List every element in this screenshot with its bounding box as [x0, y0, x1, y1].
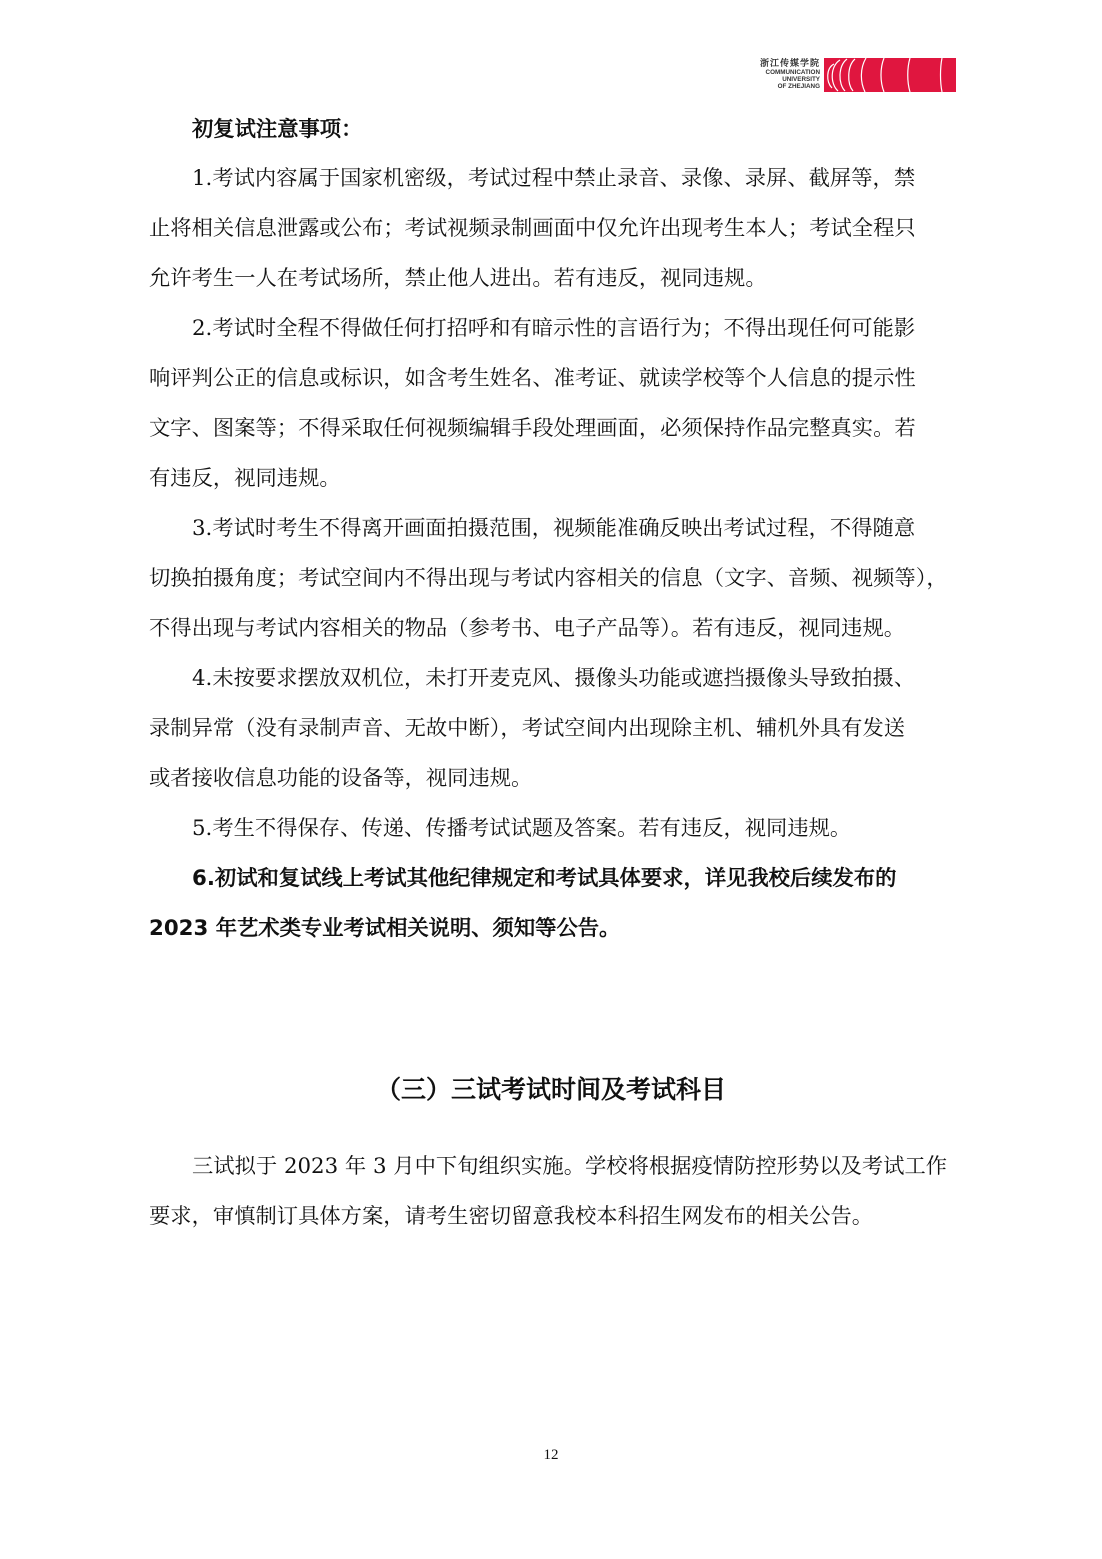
notes-title: 初复试注意事项：: [192, 105, 362, 155]
note-item-2: 2.考试时全程不得做任何打招呼和有暗示性的言语行为；不得出现任何可能影 响评判公…: [149, 304, 955, 504]
section-3-title: （三）三试考试时间及考试科目: [0, 1066, 1102, 1114]
university-logo: 浙江传媒学院 COMMUNICATION UNIVERSITY OF ZHEJI…: [752, 56, 957, 94]
note-line: 允许考生一人在考试场所，禁止他人进出。若有违反，视同违规。: [149, 254, 955, 304]
note-line: 响评判公正的信息或标识，如含考生姓名、准考证、就读学校等个人信息的提示性: [149, 354, 955, 404]
note-line: 不得出现与考试内容相关的物品（参考书、电子产品等）。若有违反，视同违规。: [149, 604, 955, 654]
note-item-6: 6.初试和复试线上考试其他纪律规定和考试具体要求，详见我校后续发布的 2023 …: [149, 854, 955, 954]
body-line: 要求，审慎制订具体方案，请考生密切留意我校本科招生网发布的相关公告。: [149, 1192, 955, 1242]
note-item-3: 3.考试时考生不得离开画面拍摄范围，视频能准确反映出考试过程，不得随意 切换拍摄…: [149, 504, 955, 654]
logo-name-en-3: OF ZHEJIANG: [752, 83, 820, 90]
page-number: 12: [0, 1447, 1102, 1464]
note-line: 文字、图案等；不得采取任何视频编辑手段处理画面，必须保持作品完整真实。若: [149, 404, 955, 454]
note-line: 录制异常（没有录制声音、无故中断），考试空间内出现除主机、辅机外具有发送: [149, 704, 955, 754]
body-line: 三试拟于 2023 年 3 月中下旬组织实施。学校将根据疫情防控形势以及考试工作: [149, 1142, 955, 1192]
logo-name-en-1: COMMUNICATION: [752, 69, 820, 76]
logo-name-en-2: UNIVERSITY: [752, 76, 820, 83]
note-line: 或者接收信息功能的设备等，视同违规。: [149, 754, 955, 804]
note-line: 4.未按要求摆放双机位，未打开麦克风、摄像头功能或遮挡摄像头导致拍摄、: [149, 654, 955, 704]
note-line: 6.初试和复试线上考试其他纪律规定和考试具体要求，详见我校后续发布的: [149, 854, 955, 904]
logo-name-cn: 浙江传媒学院: [752, 60, 820, 69]
note-item-4: 4.未按要求摆放双机位，未打开麦克风、摄像头功能或遮挡摄像头导致拍摄、 录制异常…: [149, 654, 955, 804]
note-line: 3.考试时考生不得离开画面拍摄范围，视频能准确反映出考试过程，不得随意: [149, 504, 955, 554]
note-line: 2023 年艺术类专业考试相关说明、须知等公告。: [149, 904, 955, 954]
note-line: 2.考试时全程不得做任何打招呼和有暗示性的言语行为；不得出现任何可能影: [149, 304, 955, 354]
note-line: 有违反，视同违规。: [149, 454, 955, 504]
note-line: 止将相关信息泄露或公布；考试视频录制画面中仅允许出现考生本人；考试全程只: [149, 204, 955, 254]
note-item-5: 5.考生不得保存、传递、传播考试试题及答案。若有违反，视同违规。: [149, 804, 955, 854]
section-3-body: 三试拟于 2023 年 3 月中下旬组织实施。学校将根据疫情防控形势以及考试工作…: [149, 1142, 955, 1242]
note-line: 1.考试内容属于国家机密级，考试过程中禁止录音、录像、录屏、截屏等，禁: [149, 154, 955, 204]
logo-text: 浙江传媒学院 COMMUNICATION UNIVERSITY OF ZHEJI…: [752, 60, 820, 90]
note-line: 切换拍摄角度；考试空间内不得出现与考试内容相关的信息（文字、音频、视频等），: [149, 554, 955, 604]
logo-emblem-icon: [824, 58, 956, 92]
note-line: 5.考生不得保存、传递、传播考试试题及答案。若有违反，视同违规。: [149, 804, 955, 854]
note-item-1: 1.考试内容属于国家机密级，考试过程中禁止录音、录像、录屏、截屏等，禁 止将相关…: [149, 154, 955, 304]
